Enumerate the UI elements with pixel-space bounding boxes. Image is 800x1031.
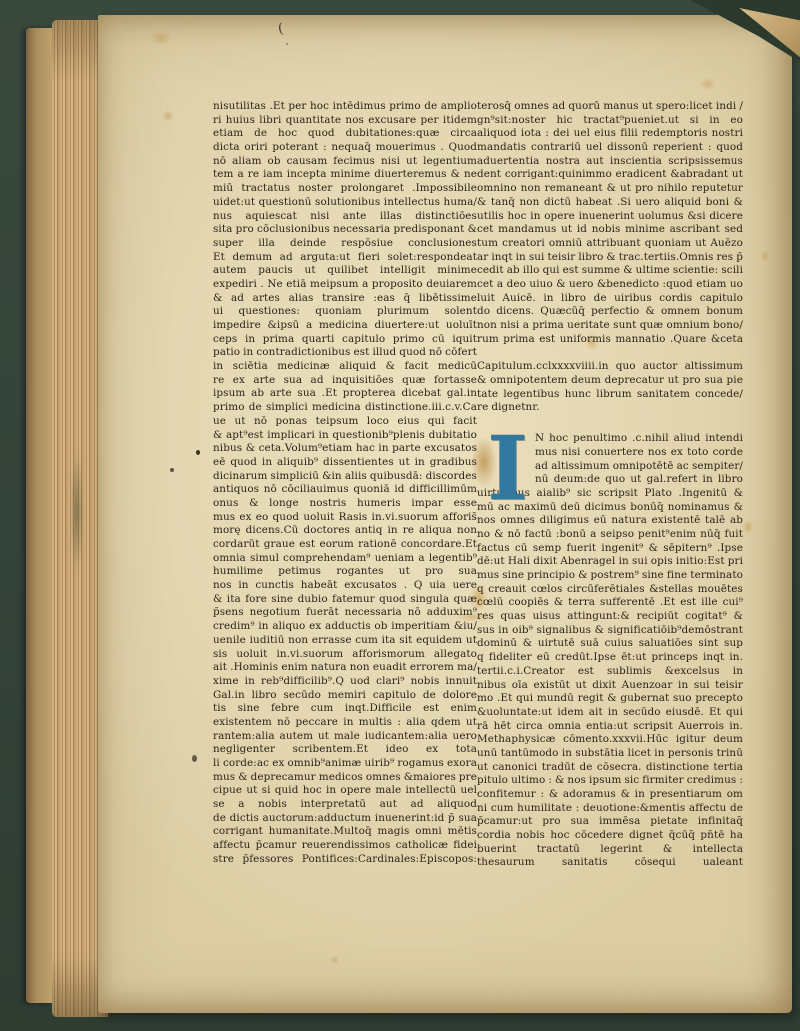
book-scan-scene: ( , nisutilitas .Et per hoc intēdimus pr…: [0, 0, 800, 1031]
text-line: impedire &ipsū a medicina diuertere:ut u…: [213, 319, 477, 333]
text-line: ui questiones: quoniam plurimum solent m…: [213, 305, 477, 319]
text-line: li corde:ac ex omnib⁹animæ uirib⁹ rogamu…: [213, 757, 477, 771]
text-line: omnino non remaneant & ut pro nihilo rep…: [477, 182, 743, 196]
text-line: sis uoluit in.vi.suorum afforismorum all…: [213, 648, 477, 662]
text-line: cordarūt graue est eorum rationē concord…: [213, 538, 477, 552]
text-line: patio in contradictionibus est illud quo…: [213, 346, 477, 360]
text-line: mus nisi conuertere nos ex toto corde: [535, 446, 743, 460]
text-line: primo de simplici medicina distinctione.…: [213, 401, 477, 415]
text-line: xime in reb⁹difficilib⁹.Q uod clari⁹ nob…: [213, 675, 477, 689]
text-line: nibus & ceta.Volum⁹etiam hac in parte ex…: [213, 442, 477, 456]
book-cover-edge: [26, 28, 54, 1003]
text-line: corrigant humanitate.Multoq̄ magis omni …: [213, 825, 477, 839]
text-line: negligenter scribentem.Et ideo ex tota m…: [213, 743, 477, 757]
text-line: re dignetnr.: [477, 401, 743, 415]
text-line: ue ut nō ponas teipsum loco eius qui fac…: [213, 415, 477, 429]
text-line: factus cū semp fuerit ingenit⁹ & sēpiter…: [477, 542, 743, 556]
text-line: rum prima est uniformis mannatio .Quare …: [477, 333, 743, 347]
text-line: miū tractatus noster prolongaret .Imposs…: [213, 182, 477, 196]
text-line: expediri . Ne etiā meipsum a proposito d…: [213, 278, 477, 292]
text-line: N hoc penultimo .c.nihil aliud intendi: [535, 432, 743, 446]
text-line: ait .Hominis enim natura non euadit erro…: [213, 661, 477, 675]
text-line: ut canonici tradūt de cōsecra. distincti…: [477, 761, 743, 775]
text-line: uidet:ut questionū solutionibus intellec…: [213, 196, 477, 210]
text-line: de dictis auctorum:adductum inuenerint:i…: [213, 812, 477, 826]
text-line: ad altissimum omnipotētē ac sempiter/: [535, 460, 743, 474]
text-line: luit Auicē. in libro de uiribus cordis c…: [477, 292, 743, 306]
text-line: in sciētia medicinæ aliquid & facit medi…: [213, 360, 477, 374]
text-line: tate legentibus hunc librum sanitatem co…: [477, 388, 743, 402]
text-line: cœlū coopiēs & terra sufferentē .Et est …: [477, 596, 743, 610]
text-line: sita pro cōclusionibus necessaria predis…: [213, 223, 477, 237]
text-line: ri huius libri quantitate nos excusare p…: [213, 114, 477, 128]
text-line: rantem:alia autem ut male iudicantem:ali…: [213, 730, 477, 744]
text-line: p̄camur:ut pro sua immēsa pietate infini…: [477, 815, 743, 829]
margin-speck: [196, 450, 200, 455]
right-column: terosq̄ omnes ad quorū manus ut spero:li…: [477, 100, 743, 870]
text-line: utilis hoc in opere inuenerint uolumus &…: [477, 210, 743, 224]
text-line: pitulo ultimo : & nos ipsum sic firmiter…: [477, 774, 743, 788]
text-line: & ita fore sine dubio fatemur quod singu…: [213, 593, 477, 607]
text-line: q fideliter eū credūt.Ipse ēt:ut princep…: [477, 651, 743, 665]
text-line: dominū & uirtutē suā cuius saluatiōes si…: [477, 637, 743, 651]
text-line: q creauit cœlos circūferētiales &stellas…: [477, 583, 743, 597]
text-line: ceps in prima quarti capitulo primo cū i…: [213, 333, 477, 347]
text-line: buerint tractatū legerint & intellecta o…: [477, 843, 743, 857]
text-line: morę dicens.Cū doctores antiq in re aliq…: [213, 524, 477, 538]
text-line: ar inqt in sui teisir libro & trac.terti…: [477, 251, 743, 265]
text-line: onus & longe nostris humeris impar esse …: [213, 497, 477, 511]
text-line: affectu p̄camur reuerendissimos catholic…: [213, 839, 477, 853]
text-line: res quas uisus attingunt:& recipiūt cogi…: [477, 610, 743, 624]
text-line: gn⁹sit:noster hic tractat⁹pueniet.ut si …: [477, 114, 743, 128]
text-line: antiquos nō cōciliauimus quoniā id diffi…: [213, 483, 477, 497]
text-line: mus & deprecamur medicos omnes &maiores …: [213, 771, 477, 785]
left-column: nisutilitas .Et per hoc intēdimus primo …: [213, 100, 477, 867]
text-line: tis sine febre cum inqt.Difficile est en…: [213, 702, 477, 716]
text-line: cet a deo uiuo & uero &benedicto :quod e…: [477, 278, 743, 292]
text-line: & tanq̄ non dictū habeat .Si uero aliqui…: [477, 196, 743, 210]
text-line: omnia simul comprehendam⁹ ueniam a legen…: [213, 552, 477, 566]
final-chapter: IN hoc penultimo .c.nihil aliud intendim…: [477, 432, 743, 870]
text-line: mus sine principio & postrem⁹ sine fine …: [477, 569, 743, 583]
text-line: Methaphysicæ cōmento.xxxvii.Hūc igitur d…: [477, 733, 743, 747]
text-line: nibus oīa existūt ut dixit Auenzoar in s…: [477, 679, 743, 693]
text-line: mus ex eo quod uoluit Rasis in.vi.suorum…: [213, 511, 477, 525]
text-line: confitemur : & adoramus & in presentiaru…: [477, 788, 743, 802]
text-line: & apt⁹est implicari in questionib⁹plenis…: [213, 429, 477, 443]
text-line: unū tantūmodo in substātia licet in pers…: [477, 747, 743, 761]
text-line: dicinarum simpliciū &in aliis quibusdā: …: [213, 470, 477, 484]
text-line: &uoluntate:ut idem ait in secūdo eiusdē.…: [477, 706, 743, 720]
text-line: mandatis contrariū uel dissonū reperient…: [477, 141, 743, 155]
fore-edge-stain: [70, 452, 84, 572]
text-line: credim⁹ in aliquo ex adductis ob imperit…: [213, 620, 477, 634]
text-line: cet mandamus ut id nobis minime ascriban…: [477, 223, 743, 237]
text-line: etiam de hoc quod dubitationes:quæ circa…: [213, 127, 477, 141]
text-line: nū deum:de quo ut gal.refert in libro de: [535, 473, 743, 487]
text-line: autem paucis ut quilibet intelligit mini…: [213, 264, 477, 278]
text-line: Gal.in libro secūdo memiri capitulo de d…: [213, 689, 477, 703]
text-line: tertii.c.i.Creator est sublimis &excelsu…: [477, 665, 743, 679]
text-line: & omnipotentem deum deprecatur ut pro su…: [477, 374, 743, 388]
text-line: do dicens. Quæcūq̄ perfectio & omnem bon…: [477, 305, 743, 319]
text-line: tem a re iam incepta minime diuerteremus…: [213, 168, 477, 182]
text-line: nus aquiescat nisi ante illas distinctiō…: [213, 210, 477, 224]
text-line: ipsum ab arte sua .Et propterea dicebat …: [213, 387, 477, 401]
text-line: no & nō factū :bonū a seipso penit⁹enim …: [477, 528, 743, 542]
text-line: dent corrigant:quinimmo eradicent &abrad…: [477, 168, 743, 182]
text-line: dicta oriri poterant : nequaq̄ mouerimus…: [213, 141, 477, 155]
text-line: cipue ut si quid hoc in opere male intel…: [213, 784, 477, 798]
text-line: cordia nobis hoc cōcedere dignet q̄cūq̄ …: [477, 829, 743, 843]
text-line: aliquod iota : dei uel eius filii redemp…: [477, 127, 743, 141]
text-line: mo .Et qui mundū regit & gubernat suo pr…: [477, 692, 743, 706]
text-line: thesaurum sanitatis cōsequi ualeant :con…: [477, 856, 743, 870]
text-line: existentem nō peccare in multis : alia q…: [213, 716, 477, 730]
text-line: Et demum ad arguta:ut fieri solet:respon…: [213, 251, 477, 265]
text-line: terosq̄ omnes ad quorū manus ut spero:li…: [477, 100, 743, 114]
text-line: tum creatori omniū attribuant quoniam ut…: [477, 237, 743, 251]
text-line: re ex arte sua ad inquisitiōes quæ forta…: [213, 374, 477, 388]
closing-paragraph: terosq̄ omnes ad quorū manus ut spero:li…: [477, 100, 743, 346]
text-line: uenile iuditiū non errasse cum ita sit e…: [213, 634, 477, 648]
text-line: Capitulum.cclxxxxviiii.in quo auctor alt…: [477, 360, 743, 374]
text-line: super illa deinde respōsiue conclusiones…: [213, 237, 477, 251]
illuminated-initial: I: [487, 428, 531, 514]
text-line: ni cum humilitate : deuotione:&mentis af…: [477, 802, 743, 816]
text-line: humilime petimus rogantes ut pro sua ben…: [213, 565, 477, 579]
text-line: p̄sens negotium fuerāt necessaria nō add…: [213, 606, 477, 620]
text-line: sus in oib⁹ signalibus & significatiōib⁹…: [477, 624, 743, 638]
text-line: stre p̄fessores Pontifices:Cardinales:Ep…: [213, 853, 477, 867]
text-line: dē:ut Hali dixit Abenragel in sui opis i…: [477, 555, 743, 569]
margin-speck: [192, 755, 197, 762]
text-line: eē quod in aliquib⁹ dissentientes ut in …: [213, 456, 477, 470]
text-line: cedit ab illo qui est summe & ultime sci…: [477, 264, 743, 278]
text-line: nisutilitas .Et per hoc intēdimus primo …: [213, 100, 477, 114]
text-line: non nisi a prima ueritate sunt quæ omniu…: [477, 319, 743, 333]
text-line: aduertentia nostra aut inscientia scrips…: [477, 155, 743, 169]
text-line: & ad artes alias transire :eas q̄ libēti…: [213, 292, 477, 306]
chapter-heading: Capitulum.cclxxxxviiii.in quo auctor alt…: [477, 360, 743, 415]
text-line: nos in cunctis habeāt excusatos . Q uia …: [213, 579, 477, 593]
text-line: nō aliam ob causam fecimus nisi ut legen…: [213, 155, 477, 169]
margin-speck: [170, 468, 174, 472]
text-line: rā hēt circa omnia entia:ut scripsit Aue…: [477, 720, 743, 734]
text-line: se a nobis interpretatū aut ad aliquod i…: [213, 798, 477, 812]
